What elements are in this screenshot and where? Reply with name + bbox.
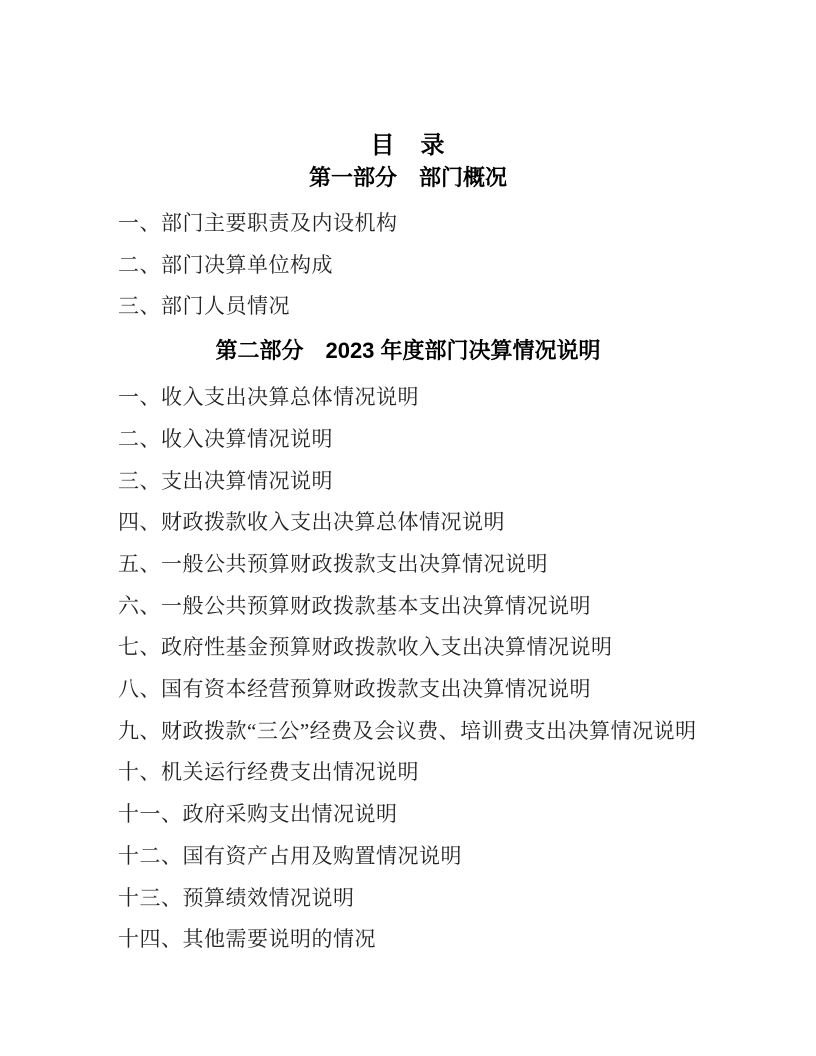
toc-item: 十三、预算绩效情况说明 [118, 878, 776, 920]
toc-item: 十二、国有资产占用及购置情况说明 [118, 836, 776, 878]
toc-item: 三、部门人员情况 [118, 286, 776, 328]
toc-item: 六、一般公共预算财政拨款基本支出决算情况说明 [118, 586, 776, 628]
toc-item: 五、一般公共预算财政拨款支出决算情况说明 [118, 544, 776, 586]
section-2-item-list: 一、收入支出决算总体情况说明 二、收入决算情况说明 三、支出决算情况说明 四、财… [0, 377, 816, 961]
toc-item: 一、收入支出决算总体情况说明 [118, 377, 776, 419]
section-1-item-list: 一、部门主要职责及内设机构 二、部门决算单位构成 三、部门人员情况 [0, 203, 816, 328]
toc-item: 一、部门主要职责及内设机构 [118, 203, 776, 245]
toc-item: 七、政府性基金预算财政拨款收入支出决算情况说明 [118, 627, 776, 669]
toc-item: 四、财政拨款收入支出决算总体情况说明 [118, 502, 776, 544]
toc-item: 二、收入决算情况说明 [118, 419, 776, 461]
toc-item: 十、机关运行经费支出情况说明 [118, 752, 776, 794]
toc-item: 二、部门决算单位构成 [118, 245, 776, 287]
toc-title: 目 录 [0, 133, 816, 159]
toc-item: 八、国有资本经营预算财政拨款支出决算情况说明 [118, 669, 776, 711]
toc-item: 九、财政拨款“三公”经费及会议费、培训费支出决算情况说明 [118, 711, 776, 753]
toc-item: 三、支出决算情况说明 [118, 461, 776, 503]
toc-item: 十四、其他需要说明的情况 [118, 919, 776, 961]
section-2-heading: 第二部分 2023 年度部门决算情况说明 [0, 338, 816, 364]
document-page: 目 录 第一部分 部门概况 一、部门主要职责及内设机构 二、部门决算单位构成 三… [0, 0, 816, 1056]
section-1-heading: 第一部分 部门概况 [0, 165, 816, 191]
toc-item: 十一、政府采购支出情况说明 [118, 794, 776, 836]
